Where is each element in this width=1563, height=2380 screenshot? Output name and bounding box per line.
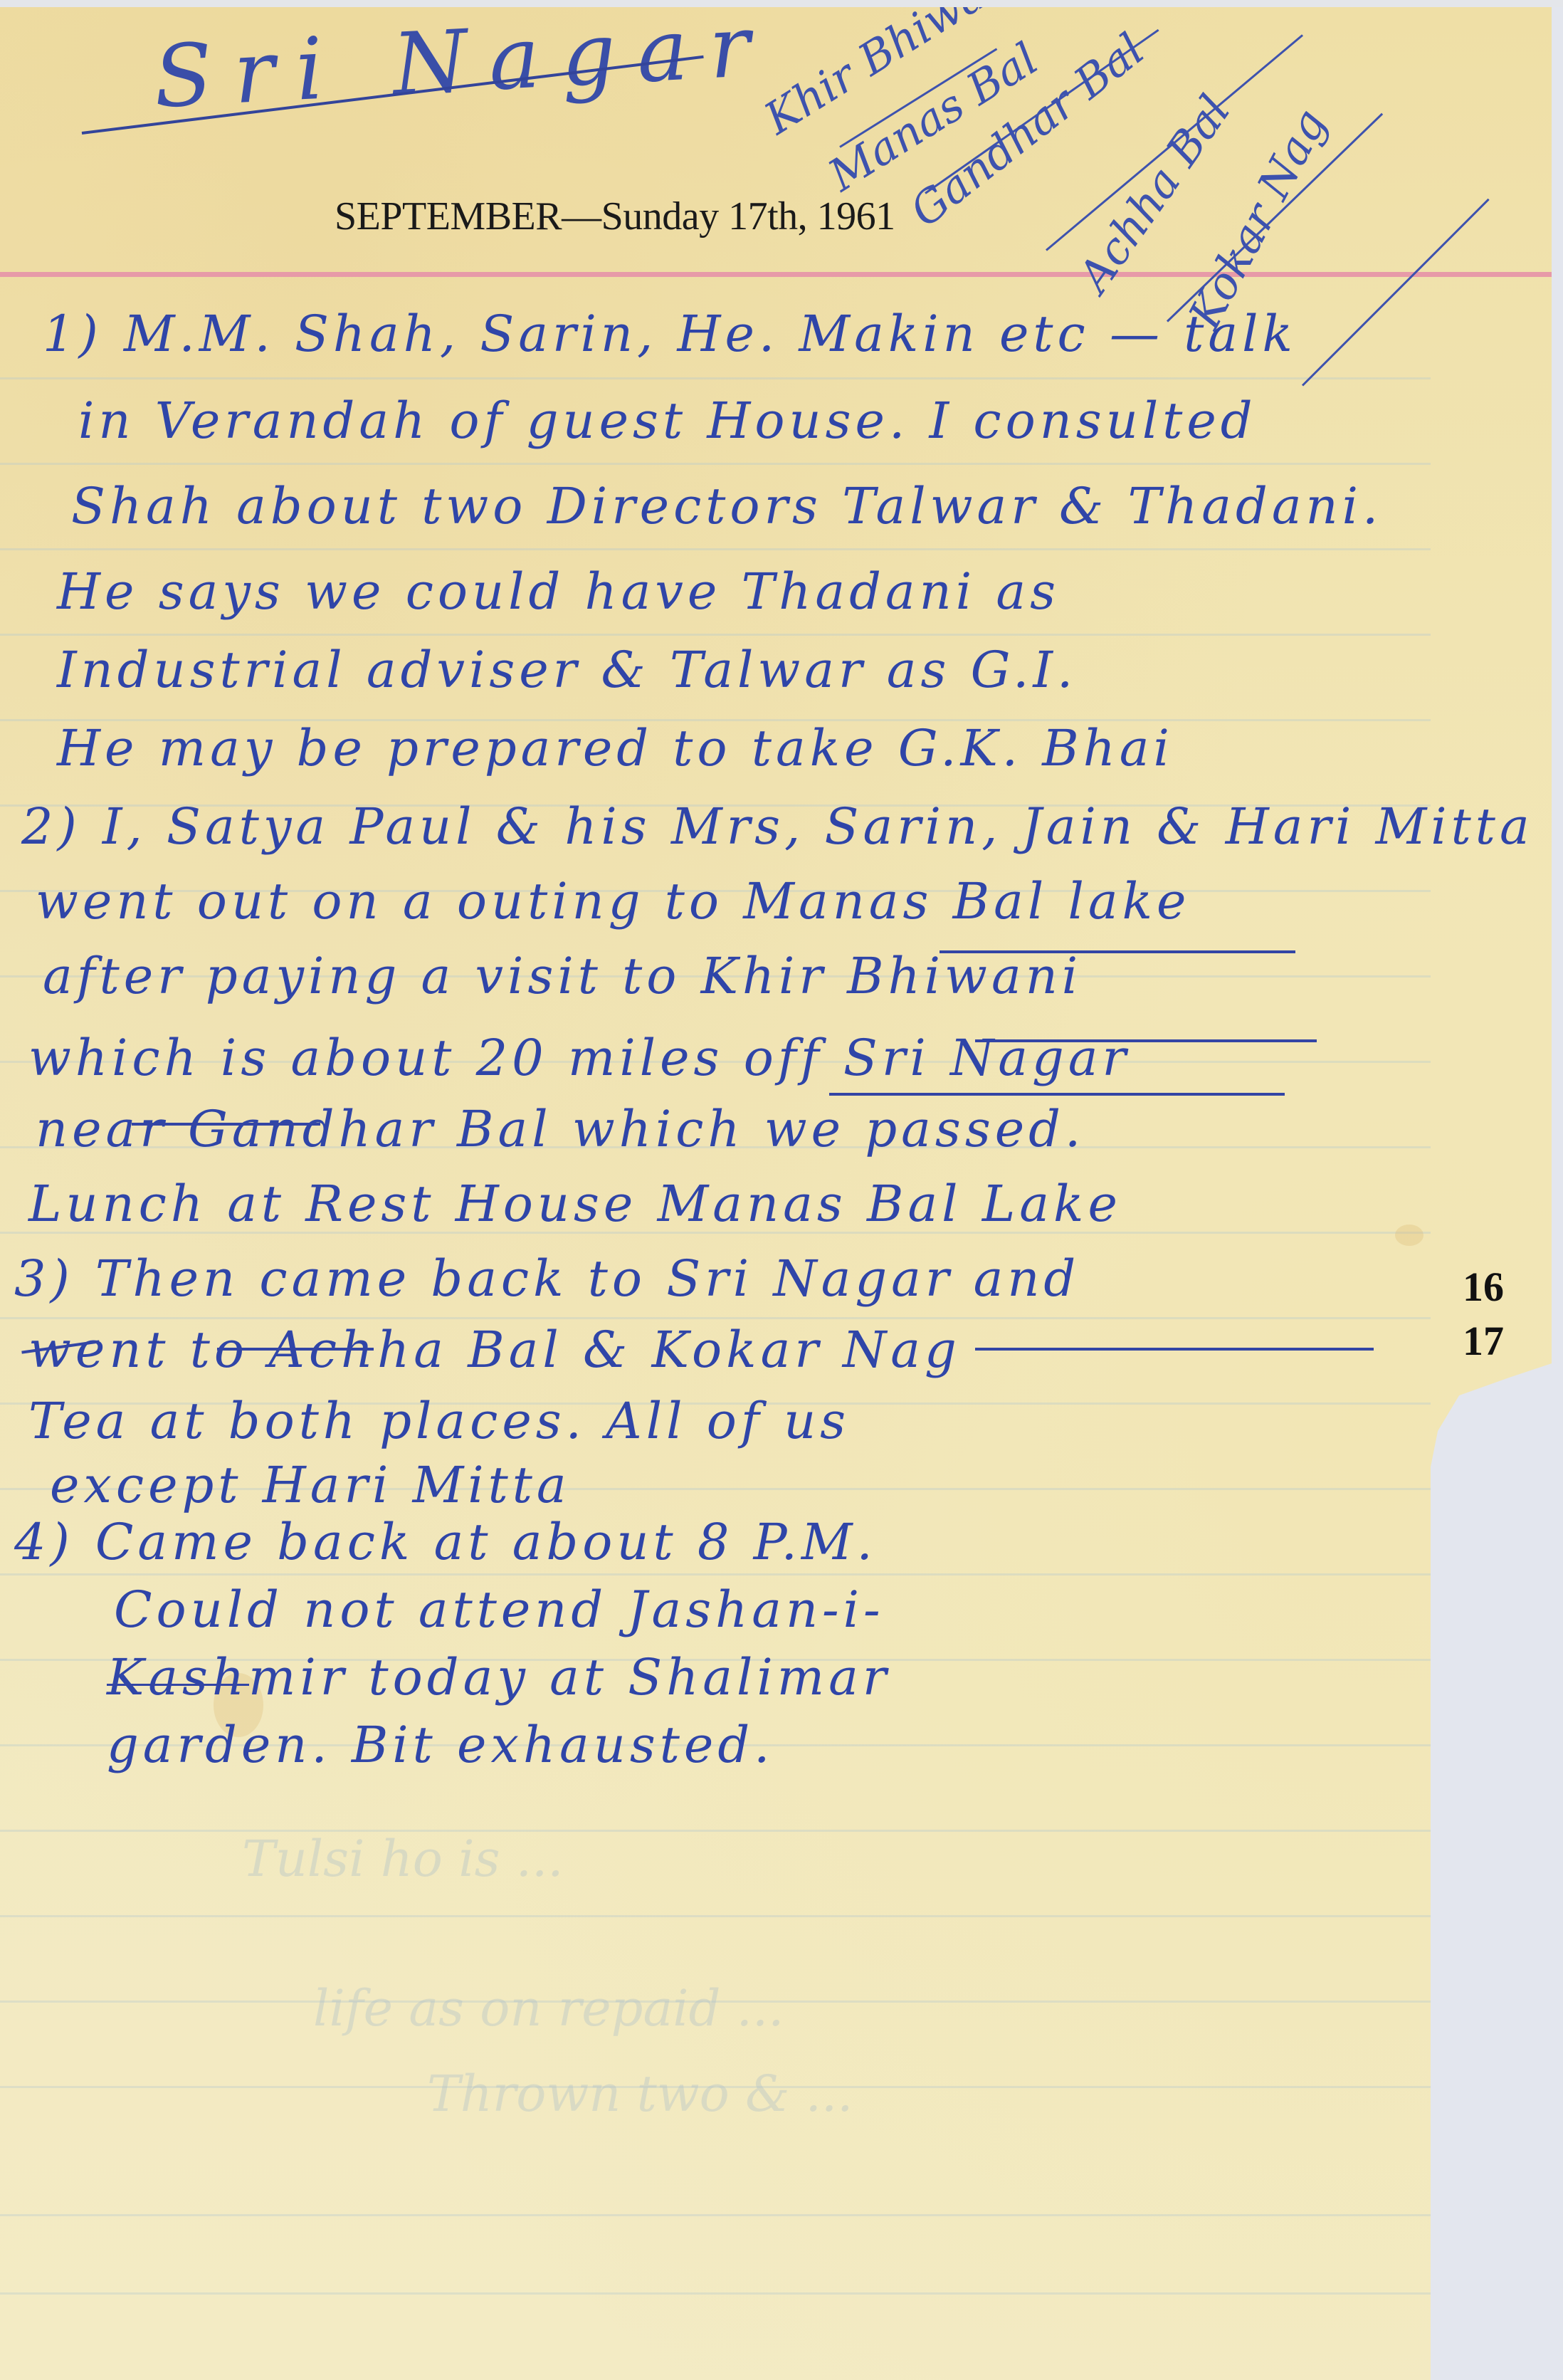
entry-1-line-4: He says we could have Thadani as bbox=[57, 562, 1060, 621]
entry-number: 4) bbox=[14, 1513, 74, 1571]
entry-3-line-2: went to Achha Bal & Kokar Nag bbox=[28, 1321, 961, 1379]
place-underline bbox=[829, 1093, 1285, 1096]
ruled-line bbox=[0, 634, 1431, 636]
place-underline bbox=[975, 1348, 1374, 1351]
tab-number-17: 17 bbox=[1463, 1314, 1504, 1368]
ruled-line bbox=[0, 463, 1431, 465]
tab-number-16: 16 bbox=[1463, 1260, 1504, 1314]
show-through-text: life as on repaid ... bbox=[313, 1979, 784, 2038]
handwritten-title: Sri Nagar bbox=[152, 0, 774, 127]
entry-number: 1) bbox=[43, 305, 102, 363]
thumb-index-tab: 16 17 bbox=[1463, 1260, 1504, 1368]
ruled-line bbox=[0, 377, 1431, 379]
entry-2-line-6: Lunch at Rest House Manas Bal Lake bbox=[28, 1175, 1122, 1233]
strike-mark bbox=[107, 1684, 249, 1686]
entry-4-line-1: 4)Came back at about 8 P.M. bbox=[14, 1513, 877, 1571]
entry-4-line-4: garden. Bit exhausted. bbox=[107, 1716, 774, 1774]
entry-2-line-5: near Gandhar Bal which we passed. bbox=[36, 1100, 1085, 1158]
show-through-text: Tulsi ho is ... bbox=[242, 1830, 564, 1888]
entry-3-line-4: except Hari Mitta bbox=[50, 1456, 571, 1514]
handwritten-line: Then came back to Sri Nagar and bbox=[95, 1249, 1080, 1308]
scan-top-edge bbox=[0, 0, 1563, 7]
place-underline bbox=[217, 1348, 374, 1351]
ruled-line bbox=[0, 548, 1431, 550]
handwritten-line: M.M. Shah, Sarin, He. Makin etc — talk bbox=[124, 305, 1297, 363]
entry-4-line-3: Kashmir today at Shalimar bbox=[107, 1648, 890, 1707]
header-margin-rule bbox=[0, 272, 1552, 277]
entry-3-line-1: 3)Then came back to Sri Nagar and bbox=[14, 1249, 1080, 1308]
place-underline bbox=[132, 1123, 320, 1126]
place-divider bbox=[1302, 199, 1490, 387]
entry-1-line-2: in Verandah of guest House. I consulted bbox=[78, 392, 1257, 450]
ruled-line bbox=[0, 2214, 1431, 2216]
entry-2-line-2: went out on a outing to Manas Bal lake bbox=[36, 872, 1190, 930]
ruled-line bbox=[0, 1830, 1431, 1832]
entry-1-line-1: 1)M.M. Shah, Sarin, He. Makin etc — talk bbox=[43, 305, 1297, 363]
scanned-diary-page: Tulsi ho is ... life as on repaid ... Th… bbox=[0, 0, 1563, 2380]
ruled-line bbox=[0, 1915, 1431, 1917]
diary-sheet: Tulsi ho is ... life as on repaid ... Th… bbox=[0, 7, 1552, 2380]
handwritten-line: I, Satya Paul & his Mrs, Sarin, Jain & H… bbox=[102, 797, 1534, 856]
show-through-text: Thrown two & ... bbox=[427, 2065, 853, 2123]
ruled-line bbox=[0, 1573, 1431, 1576]
entry-4-line-2: Could not attend Jashan-i- bbox=[114, 1580, 885, 1639]
entry-3-line-3: Tea at both places. All of us bbox=[28, 1392, 850, 1450]
paper-stain bbox=[1395, 1225, 1423, 1246]
entry-2-line-1: 2)I, Satya Paul & his Mrs, Sarin, Jain &… bbox=[21, 797, 1534, 856]
handwritten-line: Came back at about 8 P.M. bbox=[95, 1513, 877, 1571]
ruled-line bbox=[0, 2292, 1431, 2295]
entry-number: 3) bbox=[14, 1249, 74, 1308]
entry-2-line-3: after paying a visit to Khir Bhiwani bbox=[43, 947, 1082, 1005]
entry-1-line-6: He may be prepared to take G.K. Bhai bbox=[57, 719, 1174, 777]
printed-date-header: SEPTEMBER—Sunday 17th, 1961 bbox=[335, 194, 895, 239]
entry-1-line-5: Industrial adviser & Talwar as G.I. bbox=[57, 641, 1077, 699]
entry-1-line-3: Shah about two Directors Talwar & Thadan… bbox=[71, 477, 1382, 535]
entry-2-line-4: which is about 20 miles off Sri Nagar bbox=[28, 1029, 1130, 1087]
ruled-line bbox=[0, 1317, 1431, 1319]
entry-number: 2) bbox=[21, 797, 81, 856]
